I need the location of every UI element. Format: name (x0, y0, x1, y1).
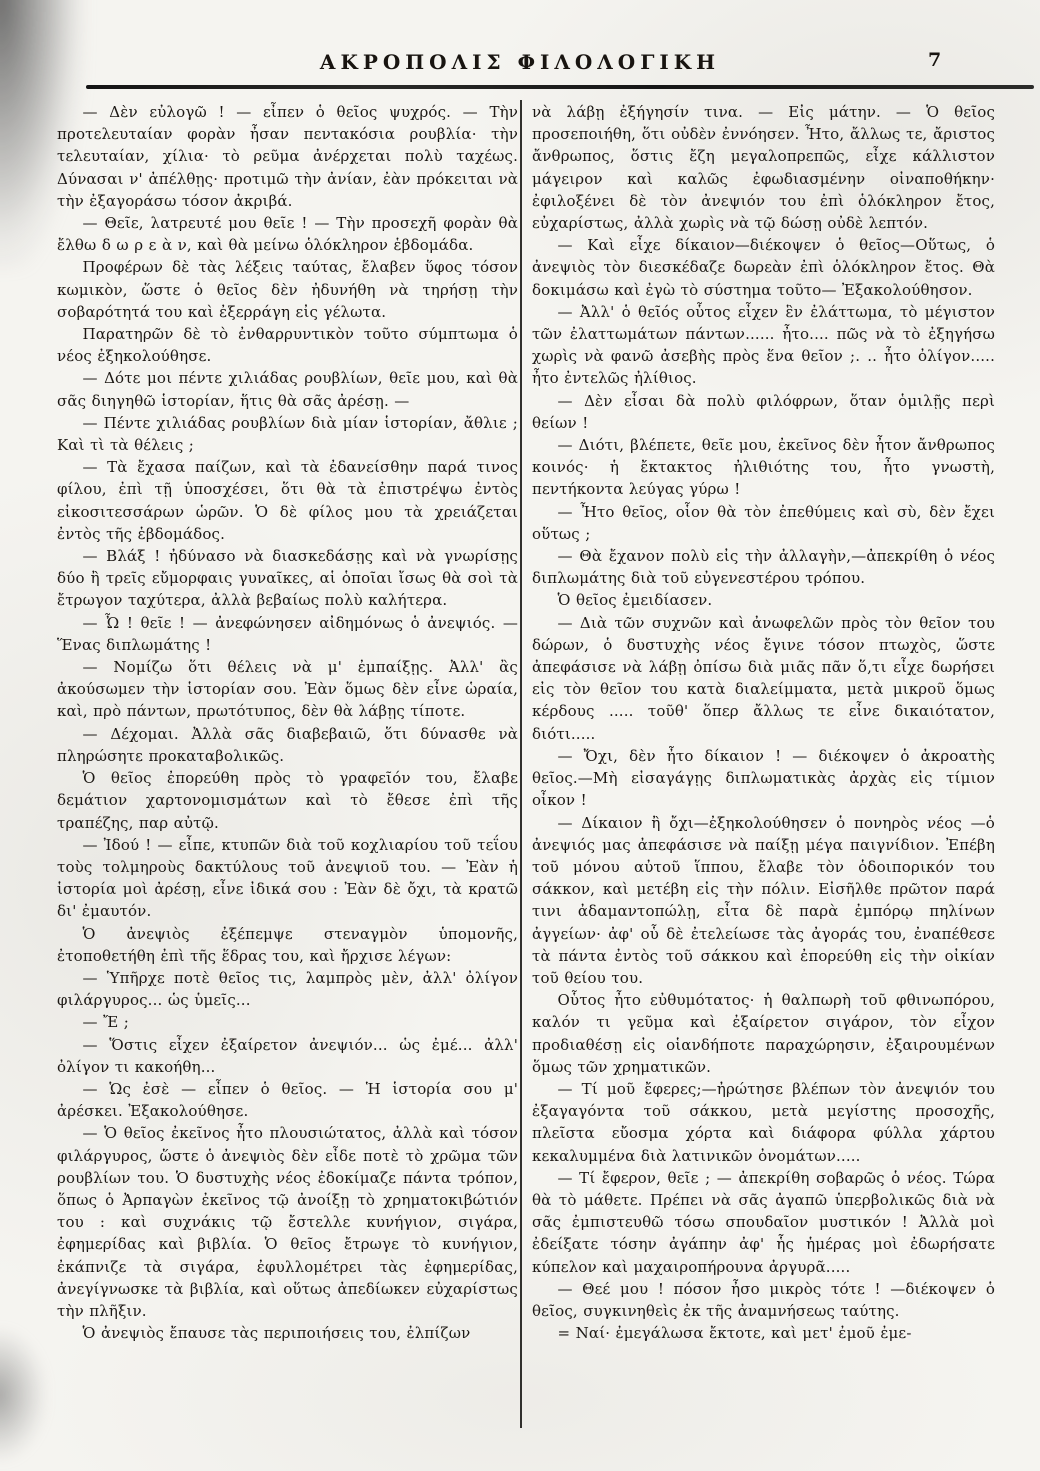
page-number: 7 (928, 49, 941, 71)
paragraph: — Ὁ θεῖος ἐκεῖνος ἦτο πλουσιώτατος, ἀλλὰ… (57, 1122, 518, 1322)
paragraph: — Τί μοῦ ἔφερες;—ἠρώτησε βλέπων τὸν ἀνεψ… (532, 1078, 995, 1167)
paragraph: Οὗτος ἦτο εὐθυμότατος· ἡ θαλπωρὴ τοῦ φθι… (532, 989, 995, 1078)
paragraph: νὰ λάβῃ ἐξήγησίν τινα. — Εἰς μάτην. — Ὁ … (532, 101, 995, 234)
paragraph: Ὁ θεῖος ἐμειδίασεν. (532, 589, 995, 611)
newspaper-page: ΑΚΡΟΠΟΛΙΣ ΦΙΛΟΛΟΓΙΚΗ 7 — Δὲν εὐλογῶ ! — … (0, 0, 1040, 1471)
paragraph: — Δίκαιον ἢ ὄχι—ἐξηκολούθησεν ὁ πονηρὸς … (532, 812, 995, 990)
paragraph: — Πέντε χιλιάδας ρουβλίων διὰ μίαν ἱστορ… (57, 412, 518, 456)
paragraph: — Βλάξ ! ἠδύνασο νὰ διασκεδάσῃς καὶ νὰ γ… (57, 545, 518, 612)
paragraph: — Δὲν εἶσαι δὰ πολὺ φιλόφρων, ὅταν ὁμιλῇ… (532, 390, 995, 434)
paragraph: — Δὲν εὐλογῶ ! — εἶπεν ὁ θεῖος ψυχρός. —… (57, 101, 518, 212)
scan-smudge-bottom-left (0, 1330, 45, 1460)
paragraph: — Θὰ ἔχανον πολὺ εἰς τὴν ἀλλαγὴν,—ἀπεκρί… (532, 545, 995, 589)
paragraph: Ὁ ἀνεψιὸς ἐξέπεμψε στεναγμὸν ὑπομονῆς, ἐ… (57, 923, 518, 967)
paragraph: — Καὶ εἶχε δίκαιον—διέκοψεν ὁ θεῖος—Οὕτω… (532, 234, 995, 301)
paragraph: — Τὰ ἔχασα παίζων, καὶ τὰ ἐδανείσθην παρ… (57, 456, 518, 545)
paragraph: — Ἦτο θεῖος, οἷον θὰ τὸν ἐπεθύμεις καὶ σ… (532, 501, 995, 545)
paragraph: — Διὰ τῶν συχνῶν καὶ ἀνωφελῶν πρὸς τὸν θ… (532, 612, 995, 745)
header-rule (86, 85, 1034, 89)
paragraph: — Ὄχι, δὲν ἦτο δίκαιον ! — διέκοψεν ὁ ἀκ… (532, 745, 995, 812)
paragraph: — Ὑπῆρχε ποτὲ θεῖος τις, λαμπρὸς μὲν, ἀλ… (57, 967, 518, 1011)
paragraph: = Ναί· ἐμεγάλωσα ἔκτοτε, καὶ μετ' ἐμοῦ ἐ… (532, 1322, 995, 1344)
right-column: νὰ λάβῃ ἐξήγησίν τινα. — Εἰς μάτην. — Ὁ … (532, 101, 995, 1344)
paragraph: — Νομίζω ὅτι θέλεις νὰ μ' ἐμπαίξῃς. Ἀλλ'… (57, 656, 518, 723)
paragraph: Ὁ ἀνεψιὸς ἔπαυσε τὰς περιποιήσεις του, ἐ… (57, 1322, 518, 1344)
left-column: — Δὲν εὐλογῶ ! — εἶπεν ὁ θεῖος ψυχρός. —… (57, 101, 518, 1344)
paragraph: — Τί ἔφερον, θεῖε ; — ἀπεκρίθη σοβαρῶς ὁ… (532, 1167, 995, 1278)
paragraph: — Διότι, βλέπετε, θεῖε μου, ἐκεῖνος δὲν … (532, 434, 995, 501)
paragraph: — Θεέ μου ! πόσον ἦσο μικρὸς τότε ! —διέ… (532, 1278, 995, 1322)
paragraph: — Ὅστις εἶχεν ἐξαίρετον ἀνεψιόν... ὡς ἐμ… (57, 1034, 518, 1078)
masthead-title: ΑΚΡΟΠΟΛΙΣ ΦΙΛΟΛΟΓΙΚΗ (0, 50, 1040, 74)
paragraph: — Ὦ ! θεῖε ! — ἀνεφώνησεν αἰδημόνως ὁ ἀν… (57, 612, 518, 656)
paragraph: — Θεῖε, λατρευτέ μου θεῖε ! — Τὴν προσεχ… (57, 212, 518, 256)
paragraph: Προφέρων δὲ τὰς λέξεις ταύτας, ἔλαβεν ὕφ… (57, 256, 518, 323)
paragraph: — Ἀλλ' ὁ θεῖός οὗτος εἶχεν ἓν ἐλάττωμα, … (532, 301, 995, 390)
paragraph: — Δέχομαι. Ἀλλὰ σᾶς διαβεβαιῶ, ὅτι δύνασ… (57, 723, 518, 767)
paragraph: — Ὡς ἐσὲ — εἶπεν ὁ θεῖος. — Ἡ ἱστορία σο… (57, 1078, 518, 1122)
paragraph: Παρατηρῶν δὲ τὸ ἐνθαρρυντικὸν τοῦτο σύμπ… (57, 323, 518, 367)
paragraph: Ὁ θεῖος ἐπορεύθη πρὸς τὸ γραφεῖόν του, ἔ… (57, 767, 518, 834)
paragraph: — Δότε μοι πέντε χιλιάδας ρουβλίων, θεῖε… (57, 367, 518, 411)
column-divider (520, 100, 522, 1428)
paragraph: — Ἰδού ! — εἶπε, κτυπῶν διὰ τοῦ κοχλιαρί… (57, 834, 518, 923)
paragraph: — Ἔ ; (57, 1011, 518, 1033)
